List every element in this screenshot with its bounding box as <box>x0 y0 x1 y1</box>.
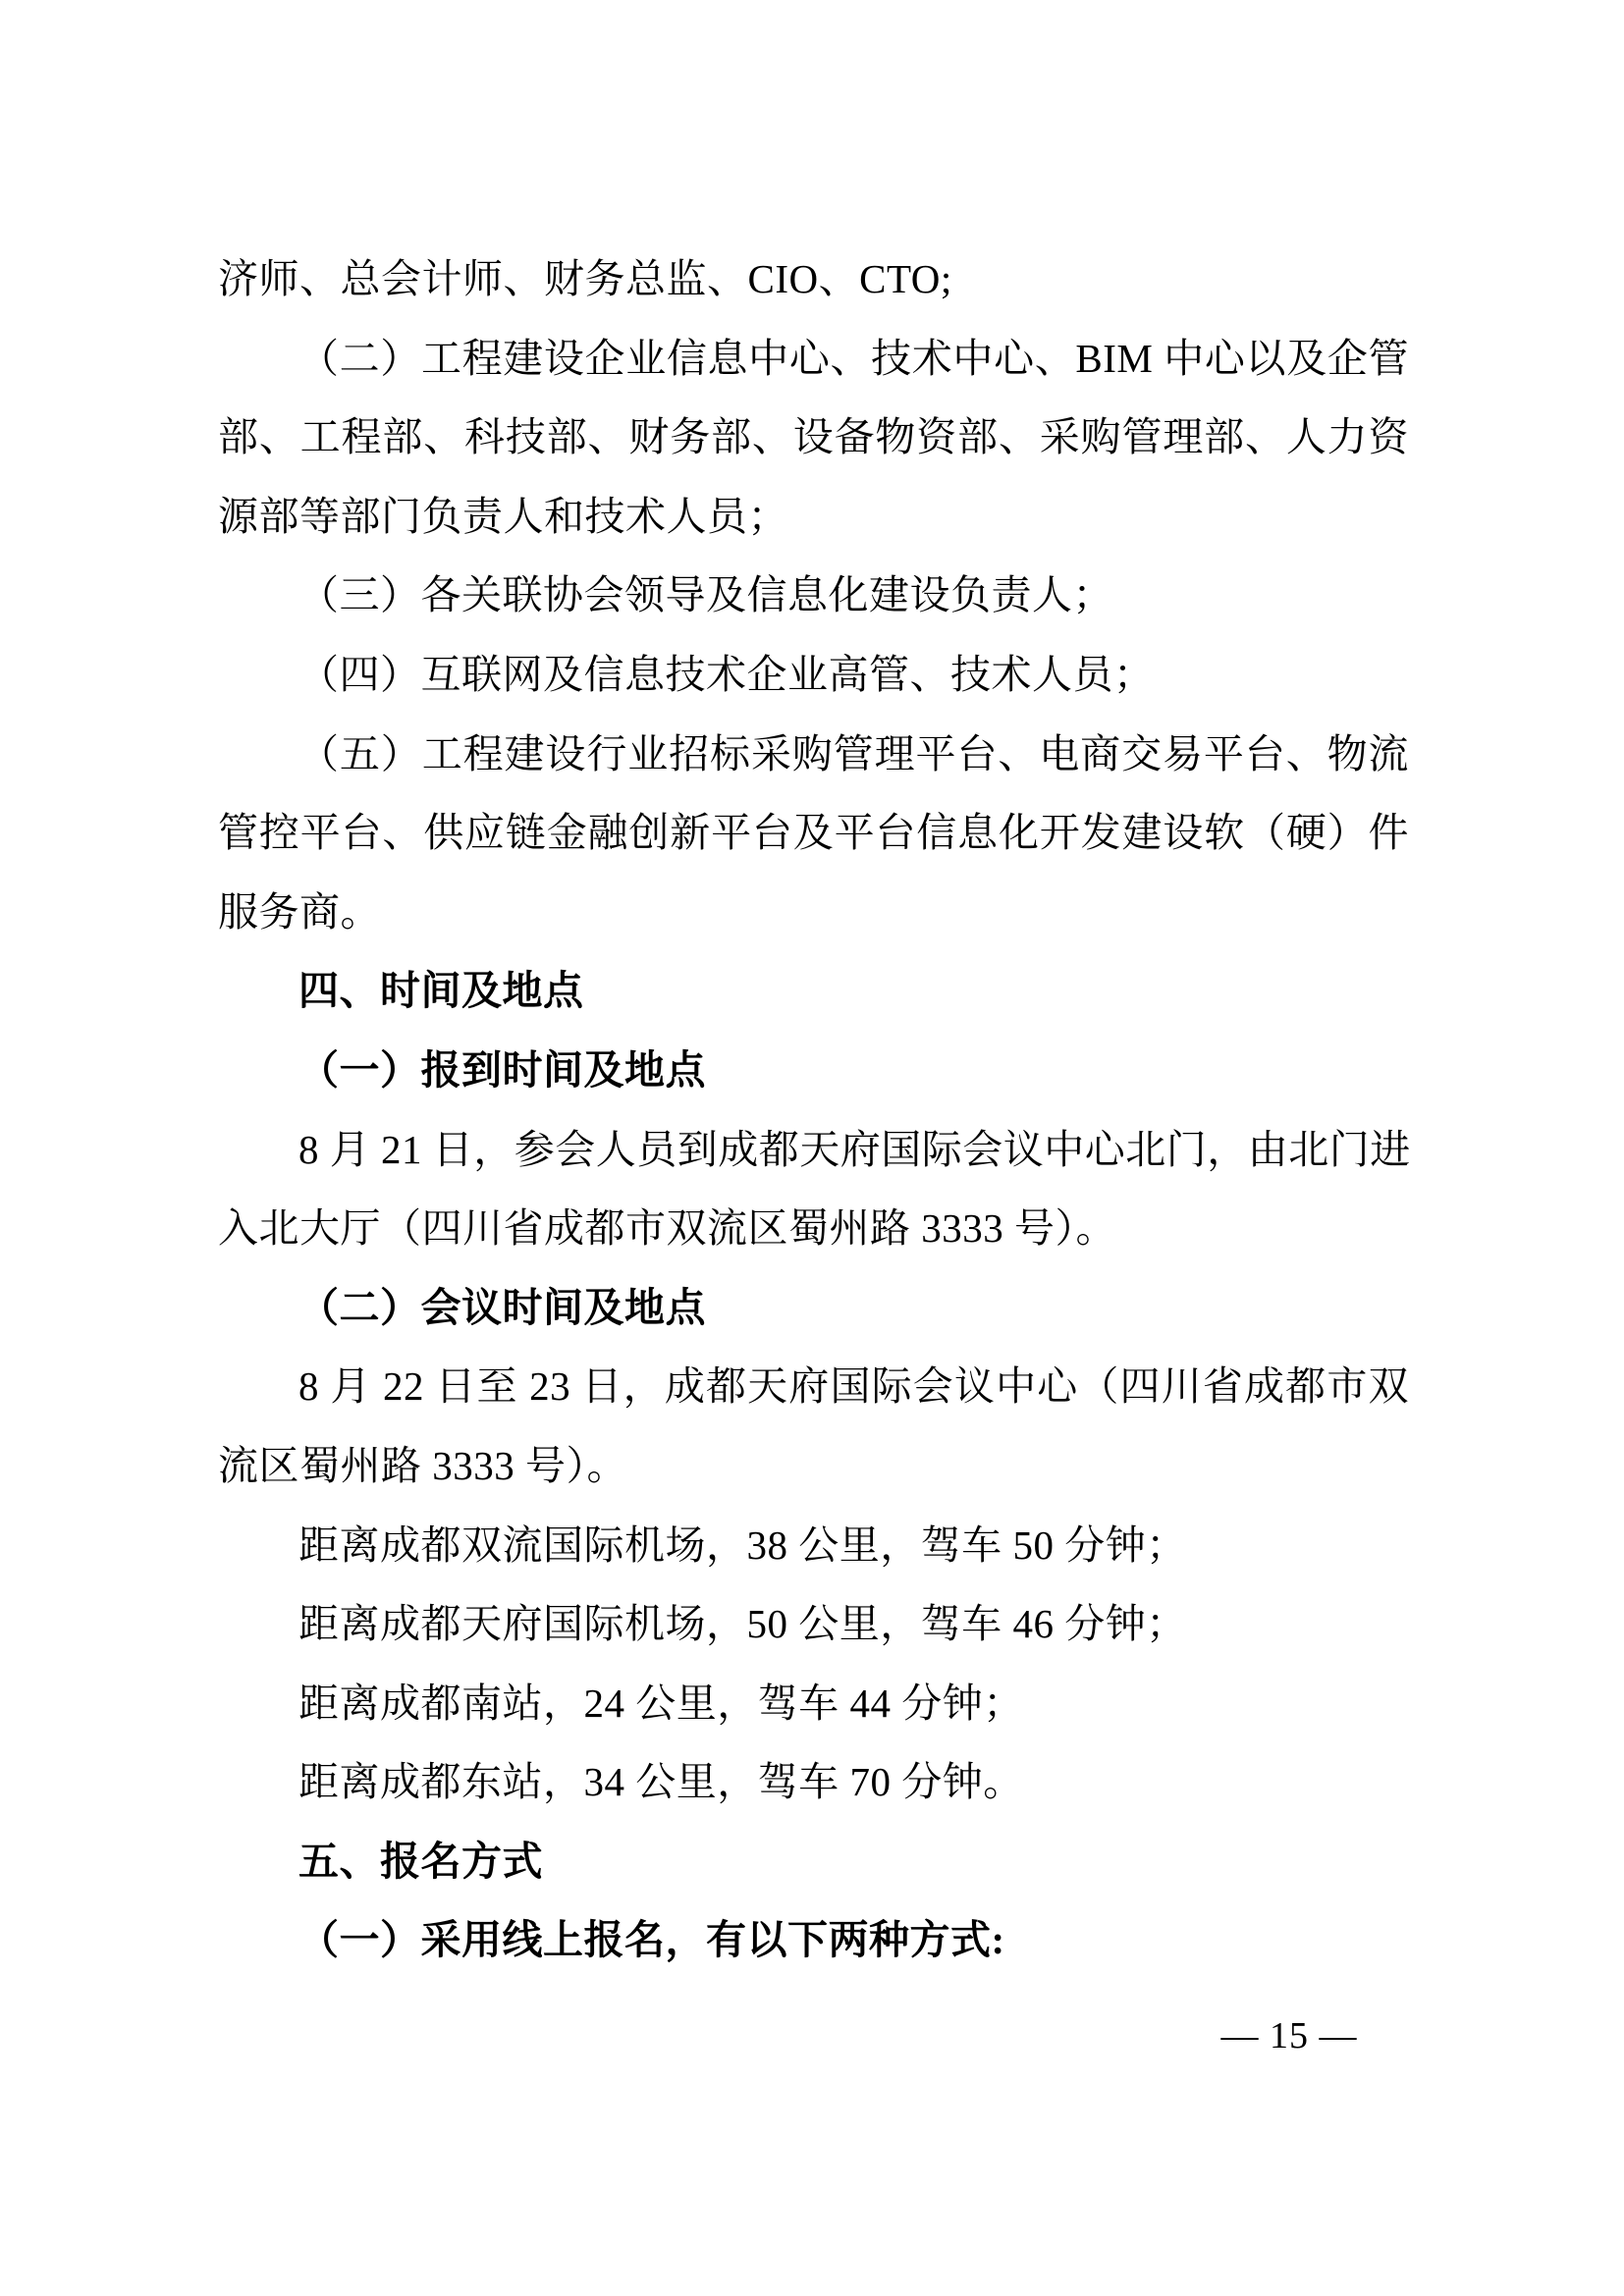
text-line: 部、工程部、科技部、财务部、设备物资部、采购管理部、人力资 <box>218 398 1409 477</box>
text-line: 距离成都东站，34 公里，驾车 70 分钟。 <box>218 1742 1409 1822</box>
text-line: （四）互联网及信息技术企业高管、技术人员； <box>218 635 1409 715</box>
text-line: 距离成都天府国际机场，50 公里，驾车 46 分钟； <box>218 1584 1409 1664</box>
text-line: 距离成都双流国际机场，38 公里，驾车 50 分钟； <box>218 1506 1409 1585</box>
section-heading: （一）采用线上报名，有以下两种方式: <box>218 1900 1409 1980</box>
text-line: 源部等部门负责人和技术人员； <box>218 477 1409 557</box>
section-heading: （二）会议时间及地点 <box>218 1268 1409 1348</box>
text-line: （三）各关联协会领导及信息化建设负责人； <box>218 556 1409 635</box>
text-line: 流区蜀州路 3333 号）。 <box>218 1426 1409 1506</box>
section-heading: 四、时间及地点 <box>218 951 1409 1031</box>
page-number: — 15 — <box>1206 2008 1373 2063</box>
text-line: 8 月 21 日，参会人员到成都天府国际会议中心北门，由北门进 <box>218 1110 1409 1190</box>
document-page: 济师、总会计师、财务总监、CIO、CTO; （二）工程建设企业信息中心、技术中心… <box>0 0 1624 2296</box>
text-line: 8 月 22 日至 23 日，成都天府国际会议中心（四川省成都市双 <box>218 1347 1409 1426</box>
text-line: 服务商。 <box>218 873 1409 952</box>
text-line: （五）工程建设行业招标采购管理平台、电商交易平台、物流 <box>218 715 1409 794</box>
text-line: 距离成都南站，24 公里，驾车 44 分钟； <box>218 1664 1409 1743</box>
section-heading: 五、报名方式 <box>218 1822 1409 1901</box>
text-line: 管控平台、供应链金融创新平台及平台信息化开发建设软（硬）件 <box>218 793 1409 873</box>
text-line: 入北大厅（四川省成都市双流区蜀州路 3333 号）。 <box>218 1189 1409 1268</box>
text-line: （二）工程建设企业信息中心、技术中心、BIM 中心以及企管 <box>218 319 1409 399</box>
section-heading: （一）报到时间及地点 <box>218 1031 1409 1110</box>
document-body: 济师、总会计师、财务总监、CIO、CTO; （二）工程建设企业信息中心、技术中心… <box>218 240 1409 1980</box>
text-line: 济师、总会计师、财务总监、CIO、CTO; <box>218 240 1409 319</box>
